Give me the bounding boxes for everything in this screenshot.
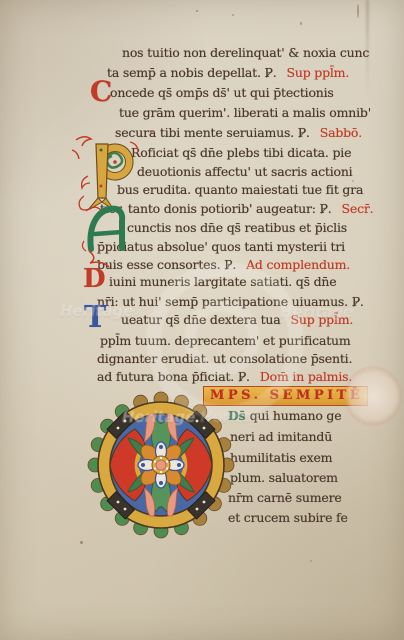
- speck: [232, 14, 234, 16]
- speck: [352, 180, 354, 182]
- illuminated-initial-a: [82, 203, 130, 263]
- text-line: plum. saluatorem: [230, 469, 338, 486]
- body-text: cunctis nos dn̄e qs̄ reatibus et p̄iclis: [127, 220, 347, 235]
- text-line: nos tuitio non derelinquat' & noxia cunc: [122, 44, 369, 61]
- text-line: oncede qs̄ omp̄s ds̄' ut qui p̄tectionis: [110, 84, 334, 101]
- body-text: bus erudita. quanto maiestati tue fit gr…: [117, 182, 363, 197]
- text-line: tue grām querim'. liberati a malis omnib…: [119, 104, 371, 121]
- rubric-text: Ad complendum.: [246, 257, 350, 272]
- text-line: bus erudita. quanto maiestati tue fit gr…: [117, 181, 363, 198]
- body-text: nr̄m carnē sumere: [228, 490, 342, 505]
- speck: [310, 560, 312, 562]
- rosette: [137, 441, 184, 488]
- text-line: cunctis nos dn̄e qs̄ reatibus et p̄iclis: [127, 219, 347, 236]
- rubric-text: Sabbō.: [320, 125, 362, 140]
- body-text: nos tuitio non derelinquat' & noxia cunc: [122, 45, 369, 60]
- manuscript-page: nos tuitio non derelinquat' & noxia cunc…: [0, 0, 404, 640]
- body-text: deuotionis affectu' ut sacris actioni: [137, 164, 352, 179]
- text-line: nr̄m carnē sumere: [228, 489, 342, 506]
- body-text: secura tibi mente seruiamus. P̷.: [115, 125, 310, 140]
- body-text: p̄piciatus absolue' quos tanti mysterii …: [97, 239, 345, 254]
- body-text: ta semp̄ a nobis depellat. P̷.: [107, 65, 276, 80]
- text-line: p̄piciatus absolue' quos tanti mysterii …: [97, 238, 345, 255]
- text-line: neri ad imitandū: [230, 428, 332, 445]
- parchment-crease: [366, 0, 369, 95]
- rubric-text: Secr̄.: [342, 201, 374, 216]
- body-text: Roficiat qs̄ dn̄e plebs tibi dicata. pie: [131, 145, 351, 160]
- body-text: tue grām querim'. liberati a malis omnib…: [119, 105, 371, 120]
- watermark-swirl-inner: [184, 300, 260, 376]
- body-text: humilitatis exem: [230, 450, 332, 465]
- speck: [80, 541, 83, 544]
- body-text: et crucem subire fe: [228, 510, 348, 525]
- body-text: neri ad imitandū: [230, 429, 332, 444]
- speck: [196, 10, 198, 12]
- speck: [300, 22, 302, 25]
- heritage-watermark: Heritage: [122, 408, 195, 426]
- speck: [150, 130, 153, 133]
- body-text: oncede qs̄ omp̄s ds̄' ut qui p̄tectionis: [110, 85, 334, 100]
- rubric-text: Sup ppl̄m.: [286, 65, 349, 80]
- text-line: Roficiat qs̄ dn̄e plebs tibi dicata. pie: [131, 144, 351, 161]
- heritage-watermark: Heritage: [280, 303, 353, 321]
- drop-cap-c: C: [90, 78, 112, 106]
- body-text: plum. saluatorem: [230, 470, 338, 485]
- heritage-watermark: Heritage: [60, 302, 133, 320]
- text-line: deuotionis affectu' ut sacris actioni: [137, 163, 352, 180]
- drop-cap-d: D: [83, 266, 106, 292]
- text-line: humilitatis exem: [230, 449, 332, 466]
- text-line: et crucem subire fe: [228, 509, 348, 526]
- heritage-watermark: Heritage: [200, 408, 273, 426]
- text-line: ta semp̄ a nobis depellat. P̷.Sup ppl̄m.: [107, 64, 349, 81]
- speck: [357, 4, 359, 18]
- parchment-stain: [344, 366, 402, 426]
